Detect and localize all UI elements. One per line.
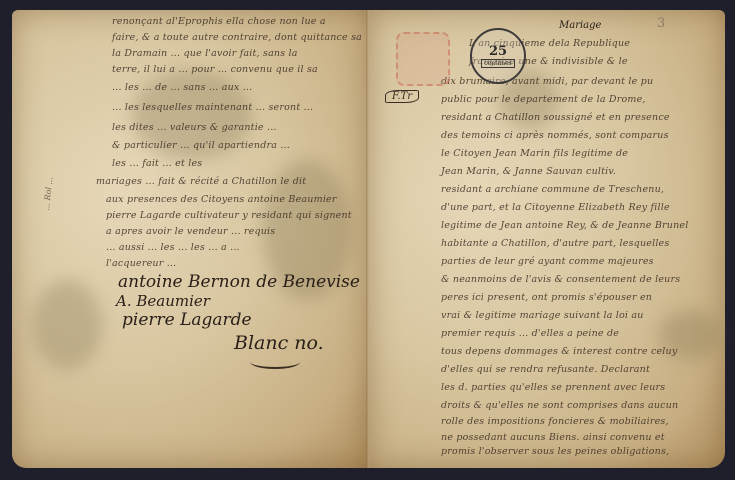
text-line: faire, & a toute autre contraire, dont q… <box>112 32 362 43</box>
text-line: le Citoyen Jean Marin fils legitime de <box>441 148 628 159</box>
manuscript-spread: renonçant al'Eprophis ella chose non lue… <box>12 10 727 468</box>
marginal-bracket: F.Tr <box>385 90 419 103</box>
signature: pierre Lagarde <box>122 310 252 330</box>
text-line: terre, il lui a ... pour ... convenu que… <box>112 64 318 75</box>
signature: Blanc no. <box>234 332 324 354</box>
text-line: & particulier ... qu'il apartiendra ... <box>112 140 290 151</box>
text-line: public pour le departement de la Drome, <box>441 94 646 105</box>
text-line: tous depens dommages & interest contre c… <box>441 346 677 357</box>
text-line: dix brumaire, avant midi, par devant le … <box>441 76 653 87</box>
text-line: promis l'observer sous les peines obliga… <box>441 446 669 457</box>
text-line: les dites ... valeurs & garantie ... <box>112 122 277 133</box>
text-line: renonçant al'Eprophis ella chose non lue… <box>112 16 326 27</box>
text-line: la Dramain ... que l'avoir fait, sans la <box>112 48 298 59</box>
text-line: droits & qu'elles ne sont comprises dans… <box>441 400 678 411</box>
text-line: a apres avoir le vendeur ... requis <box>106 226 275 237</box>
record-heading: Mariage <box>559 20 601 31</box>
text-line: ... aussi ... les ... les ... a ... <box>106 242 240 253</box>
text-line: rolle des impositions foncieres & mobili… <box>441 416 669 427</box>
text-line: ... les lesquelles maintenant ... seront… <box>112 102 313 113</box>
text-line: les d. parties qu'elles se prennent avec… <box>441 382 665 393</box>
text-line: vrai & legitime mariage suivant la loi a… <box>441 310 644 321</box>
text-line: d'une part, et la Citoyenne Elizabeth Re… <box>441 202 670 213</box>
red-seal-stamp <box>396 32 450 86</box>
text-line: & neanmoins de l'avis & consentement de … <box>441 274 680 285</box>
signature: antoine Bernon de Benevise <box>118 272 360 292</box>
text-line: ... les ... de ... sans ... aux ... <box>112 82 252 93</box>
text-line: les ... fait ... et les <box>112 158 202 169</box>
text-line: d'elles qui se rendra refusante. Declara… <box>441 364 650 375</box>
left-page: renonçant al'Eprophis ella chose non lue… <box>12 10 369 468</box>
margin-note: ... Rol ... <box>42 176 54 211</box>
text-line: residant a archiane commune de Treschenu… <box>441 184 664 195</box>
stamp-unit: centimes <box>481 59 514 68</box>
text-line: aux presences des Citoyens antoine Beaum… <box>106 194 337 205</box>
text-line: mariages ... fait & récité a Chatillon l… <box>96 176 306 187</box>
tax-stamp: 25 centimes <box>470 28 526 84</box>
text-line: peres ici present, ont promis s'épouser … <box>441 292 652 303</box>
text-line: des temoins ci après nommés, sont compar… <box>441 130 669 141</box>
folio-number: 3 <box>657 16 665 31</box>
text-line: Jean Marin, & Janne Sauvan cultiv. <box>441 166 616 177</box>
text-line: pierre Lagarde cultivateur y residant qu… <box>106 210 352 221</box>
stamp-value: 25 <box>489 45 507 58</box>
text-line: habitante a Chatillon, d'autre part, les… <box>441 238 669 249</box>
text-line: parties de leur gré ayant comme majeures <box>441 256 654 267</box>
text-line: premier requis ... d'elles a peine de <box>441 328 619 339</box>
text-line: residant a Chatillon soussigné et en pre… <box>441 112 670 123</box>
signature-flourish <box>250 355 300 369</box>
text-line: legitime de Jean antoine Rey, & de Jeann… <box>441 220 688 231</box>
text-line: l'acquereur ... <box>106 258 176 269</box>
signature: A. Beaumier <box>116 292 210 310</box>
water-stain <box>32 280 102 370</box>
text-line: ne possedant aucuns Biens. ainsi convenu… <box>441 432 665 443</box>
